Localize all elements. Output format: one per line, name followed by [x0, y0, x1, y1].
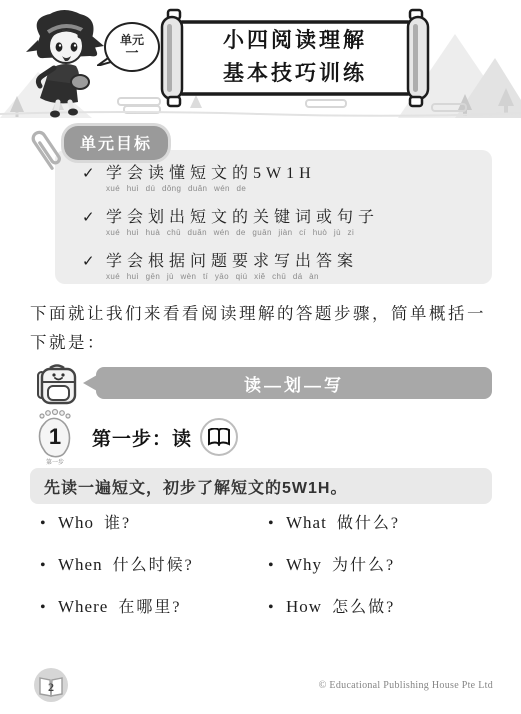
- page-number-book-icon: 2: [32, 666, 70, 709]
- backpack-icon: [32, 360, 82, 410]
- bullet-dot: •: [268, 557, 286, 575]
- page-title: 小四阅读理解 基本技巧训练: [182, 22, 408, 94]
- intro-paragraph: 下面就让我们来看看阅读理解的答题步骤，简单概括一下就是：: [30, 300, 494, 358]
- check-icon: ✓: [82, 208, 106, 226]
- five-w-one-h-list: • Who 谁? • What 做什么? • When 什么时候? • Why …: [40, 510, 492, 617]
- unit-bubble-number: 一: [125, 46, 138, 60]
- bullet-dot: •: [268, 599, 286, 617]
- objective-pinyin: xué huì dú dǒng duǎn wén de: [106, 184, 482, 193]
- page-header: 单元 一 小四阅读理解 基本技巧训练: [0, 0, 521, 118]
- step-instruction-highlight: 先读一遍短文，初步了解短文的5W1H。: [30, 468, 492, 504]
- objective-item: ✓ 学会划出短文的关键词或句子 xué huì huà chū duǎn wén…: [82, 204, 482, 237]
- check-icon: ✓: [82, 252, 106, 270]
- bullet-chinese: 在哪里?: [118, 594, 181, 617]
- unit-number-bubble: 单元 一: [104, 22, 160, 72]
- banner-text: 读—划—写: [244, 371, 344, 396]
- objective-item: ✓ 学会根据问题要求写出答案 xué huì gēn jù wèn tí yāo…: [82, 248, 482, 281]
- bullet-english: Who: [58, 513, 94, 533]
- objective-text: 学会根据问题要求写出答案: [106, 248, 358, 271]
- bullet-dot: •: [40, 599, 58, 617]
- bullet-english: How: [286, 597, 322, 617]
- step-foot-label: 第一步: [34, 457, 76, 466]
- list-item: • When 什么时候?: [40, 552, 268, 575]
- open-book-icon: [200, 418, 238, 456]
- read-mark-write-banner: 读—划—写: [96, 367, 492, 399]
- bullet-chinese: 为什么?: [332, 552, 395, 575]
- page-title-line2: 基本技巧训练: [223, 58, 367, 91]
- bullet-english: Why: [286, 555, 322, 575]
- bullet-chinese: 怎么做?: [332, 594, 395, 617]
- bullet-chinese: 什么时候?: [113, 552, 194, 575]
- list-item: • Who 谁?: [40, 510, 268, 533]
- bullet-chinese: 做什么?: [337, 510, 400, 533]
- unit-objectives-list: ✓ 学会读懂短文的5W1H xué huì dú dǒng duǎn wén d…: [82, 160, 482, 292]
- step-number: 1: [49, 424, 61, 449]
- bullet-chinese: 谁?: [104, 510, 131, 533]
- step-1-label: 第一步：读: [92, 424, 192, 451]
- objective-text: 学会读懂短文的5W1H: [106, 160, 316, 183]
- unit-objectives-heading: 单元目标: [64, 126, 168, 160]
- step-1-row: 1 第一步 第一步：读: [34, 408, 238, 466]
- list-item: • Why 为什么?: [268, 552, 492, 575]
- objective-text: 学会划出短文的关键词或句子: [106, 204, 379, 227]
- workbook-page: 单元 一 小四阅读理解 基本技巧训练: [0, 0, 521, 714]
- objective-pinyin: xué huì gēn jù wèn tí yāo qiú xiě chū dá…: [106, 272, 482, 281]
- bullet-english: When: [58, 555, 103, 575]
- bullet-english: What: [286, 513, 327, 533]
- list-item: • How 怎么做?: [268, 594, 492, 617]
- bullet-dot: •: [40, 557, 58, 575]
- objective-pinyin: xué huì huà chū duǎn wén de guān jiàn cí…: [106, 228, 482, 237]
- page-number: 2: [48, 680, 54, 694]
- list-item: • Where 在哪里?: [40, 594, 268, 617]
- bullet-dot: •: [40, 515, 58, 533]
- list-item: • What 做什么?: [268, 510, 492, 533]
- objective-item: ✓ 学会读懂短文的5W1H xué huì dú dǒng duǎn wén d…: [82, 160, 482, 193]
- banner-arrow: [83, 375, 97, 391]
- paperclip-icon: [30, 124, 64, 176]
- bullet-english: Where: [58, 597, 108, 617]
- check-icon: ✓: [82, 164, 106, 182]
- copyright-text: © Educational Publishing House Pte Ltd: [319, 680, 493, 691]
- page-title-line1: 小四阅读理解: [223, 25, 367, 58]
- footprint-step-icon: 1 第一步: [34, 408, 76, 466]
- bullet-dot: •: [268, 515, 286, 533]
